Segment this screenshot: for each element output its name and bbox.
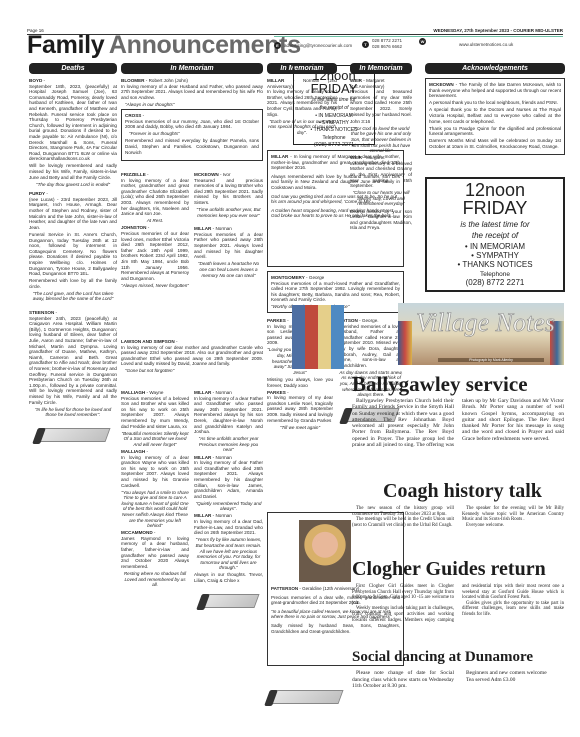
story-headline-clogher: Clogher Guides return [352,558,546,581]
page-title: Family Announcements [27,31,301,60]
masthead: Family Announcements E advertising@tyron… [27,34,563,60]
memoriam-bloomer: BLOOMER - Robert John (John)In loving me… [121,78,263,107]
memoriam-parkes-2: PARKES -In loving memory of my dear gran… [267,390,333,431]
story-headline-dunamore: Social dancing at Dunamore [352,649,533,666]
deadline-notice-large: 12noon FRIDAY is the latest time for the… [425,177,565,292]
bible-icon [265,686,345,708]
memoriam-cross: CROSS -Precious memories of our mummy, J… [121,109,263,161]
web-icon-wrap: W [419,38,426,45]
deaths-header: Deaths [29,63,117,74]
acknowledgement-mckeown: MCKEOWN - The Family of the late Darren … [425,78,565,155]
death-notice-steenson: STEENSON -September 24th, 2023 (peaceful… [29,310,117,418]
street-photo [292,305,344,369]
memoriam-header-3: In Memoriam [350,63,412,74]
phone-icon: T [362,41,369,48]
story-body-ballygawley: Ballygawley Presbyterian Church held the… [352,398,564,448]
death-notice-boyd: BOYD -September 18th, 2023, (peacefully)… [29,78,117,187]
memoriam-column-3: In Memoriam WEIR - Margaret(1st Annivers… [350,63,412,232]
contact-email[interactable]: E advertising@tyronecourier.uk.com [274,42,352,49]
story-headline-ballygawley: Ballygawley service [352,372,528,397]
dateline: WEDNESDAY, 27th September 2023 - COURIER… [433,28,563,33]
village-notes-title: Village Notes [416,308,555,338]
photo-credit: Photograph by Mark Allenby [438,358,544,362]
death-notice-purdy: PURDY -(nee Lucas) - 23rd September 2023… [29,191,117,302]
deaths-column: Deaths BOYD -September 18th, 2023, (peac… [29,63,117,452]
memoriam-johnston: JOHNSTON -Precious memories of our dear … [121,225,189,288]
memoriam-weir-1: WEIR - Margaret(1st Anniversary)Precious… [350,78,412,154]
contact-phone[interactable]: T 028 8772 2271 028 8676 6662 [362,38,402,50]
memoriam-malliagh-2: MALLIAGH -In loving memory of a dear gra… [121,449,189,529]
bible-icon [197,590,259,612]
memoriam-mckeown: MCKEOWN - IvorTreasured and precious mem… [194,172,263,218]
memoriam-header-1: In Memoriam [121,63,263,74]
memoriam-millar-gillian: MILLAR - NormanIn loving memory of dear … [194,455,263,512]
memoriam-column-1: In Memoriam BLOOMER - Robert John (John)… [121,63,263,165]
email-icon: E [274,42,281,49]
story-body-dunamore: Please note change of date for Social da… [352,670,564,690]
story-body-clogher: First Clogher Girl Guides meet in Cloghe… [352,584,564,623]
story-body-coagh: The new season of the history group will… [352,506,564,528]
memoriam-millar-trevor: MILLAR - NormanIn loving memory of a dea… [194,513,263,583]
memoriam-subcol-c: MALLIAGH - WaynePrecious memories of a b… [121,390,189,589]
memoriam-subcol-a: FRIZZELLE -In loving memory of a dear mo… [121,172,189,290]
memoriam-mccammond: MCCAMMOND -James Raymond In loving memor… [121,530,189,587]
acknowledgements-column: Acknowledgements MCKEOWN - The Family of… [425,63,565,159]
memoriam-subcol-d: MILLAR - NormanIn loving memory of a dea… [194,390,263,618]
memoriam-millar-averil: MILLAR - NormanPrecious memories of a de… [194,226,263,278]
web-icon: W [419,38,426,45]
contact-bar: E advertising@tyronecourier.uk.com T 028… [274,36,563,58]
story-headline-coagh: Coagh history talk [383,480,542,503]
memoriam-malliagh-1: MALLIAGH - WaynePrecious memories of a b… [121,390,189,447]
bible-icon [33,424,112,446]
contact-website[interactable]: www.ulsternetnotices.co.uk [459,42,513,47]
village-notes-banner: Village Notes Photograph by Mark Allenby [398,303,564,365]
memoriam-frizzelle: FRIZZELLE -In loving memory of a dear mo… [121,172,189,224]
patterson-photo [299,520,351,582]
memoriam-subcol-b: MCKEOWN - IvorTreasured and precious mem… [194,172,263,280]
memoriam-lawson-simpson: LAWSON AND SIMPSON -In loving memory of … [121,339,263,376]
memoriam-weir-2: WEIR - MargaretIn loving memory of a bel… [350,155,412,231]
memoriam-millar-derek: MILLAR - NormanIn loving memory of a dea… [194,390,263,453]
acknowledgements-header: Acknowledgements [425,63,565,74]
